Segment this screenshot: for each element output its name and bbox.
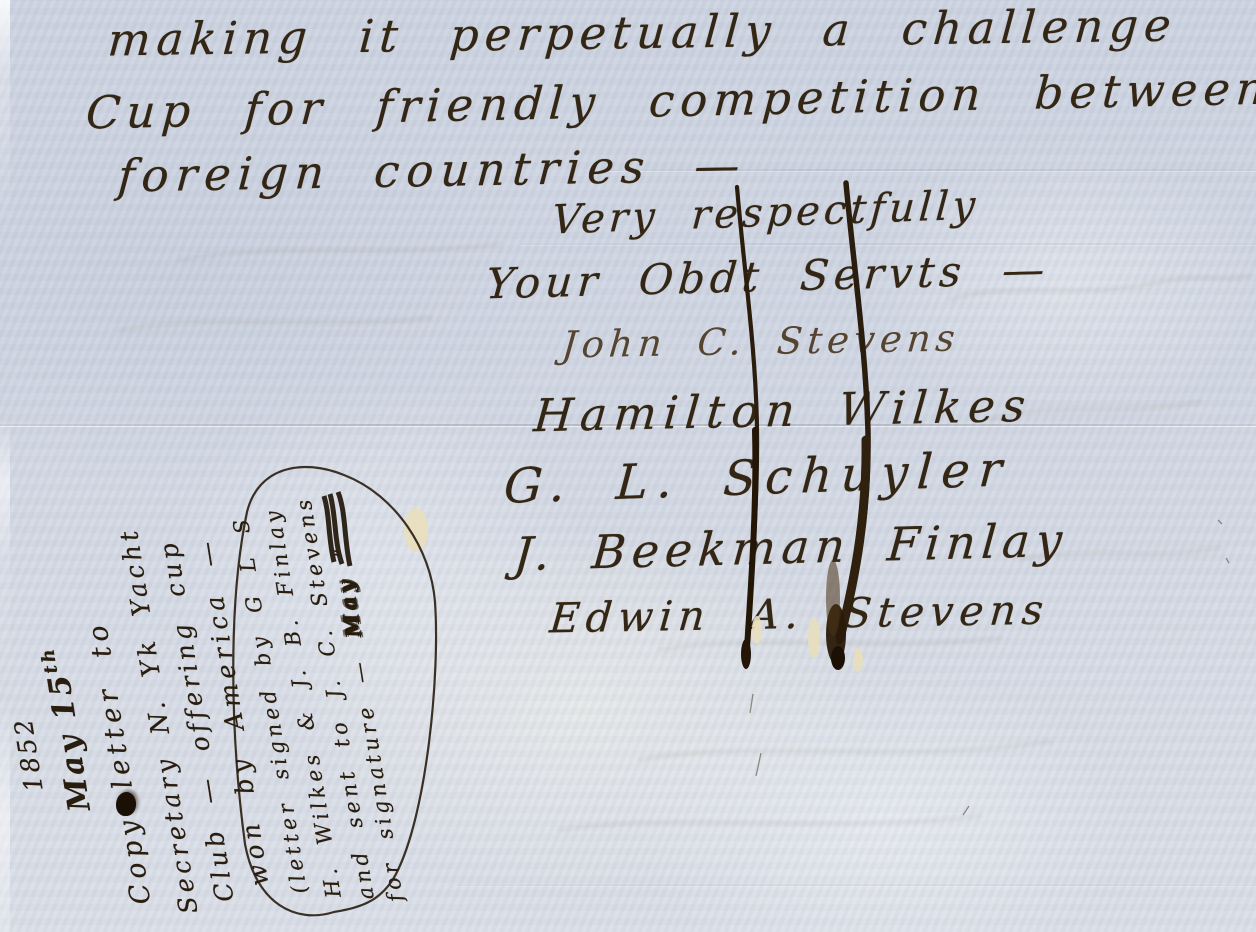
signature: G. L. Schuyler [502,441,1013,515]
signature: Hamilton Wilkes [532,379,1035,443]
fold-crease-middle [520,243,1256,245]
fold-crease-lower [455,884,1256,886]
signature: John C. Stevens [560,316,961,366]
body-text-line: making it perpetually a challenge [106,0,1179,66]
closing-line: Your Obdt Servts — [484,245,1051,309]
quote-marks: ” [331,544,353,558]
docket-date-suffix: th [37,645,62,675]
signature: Edwin A. Stevens [548,586,1051,643]
manuscript-page: making it perpetually a challenge Cup fo… [0,0,1256,932]
docket-annotation: 1852 May 15th Copy letter to Secretary N… [4,450,456,932]
signature: J. Beekman Finlay [512,513,1070,582]
body-text-line: Cup for friendly competition between [84,62,1256,140]
